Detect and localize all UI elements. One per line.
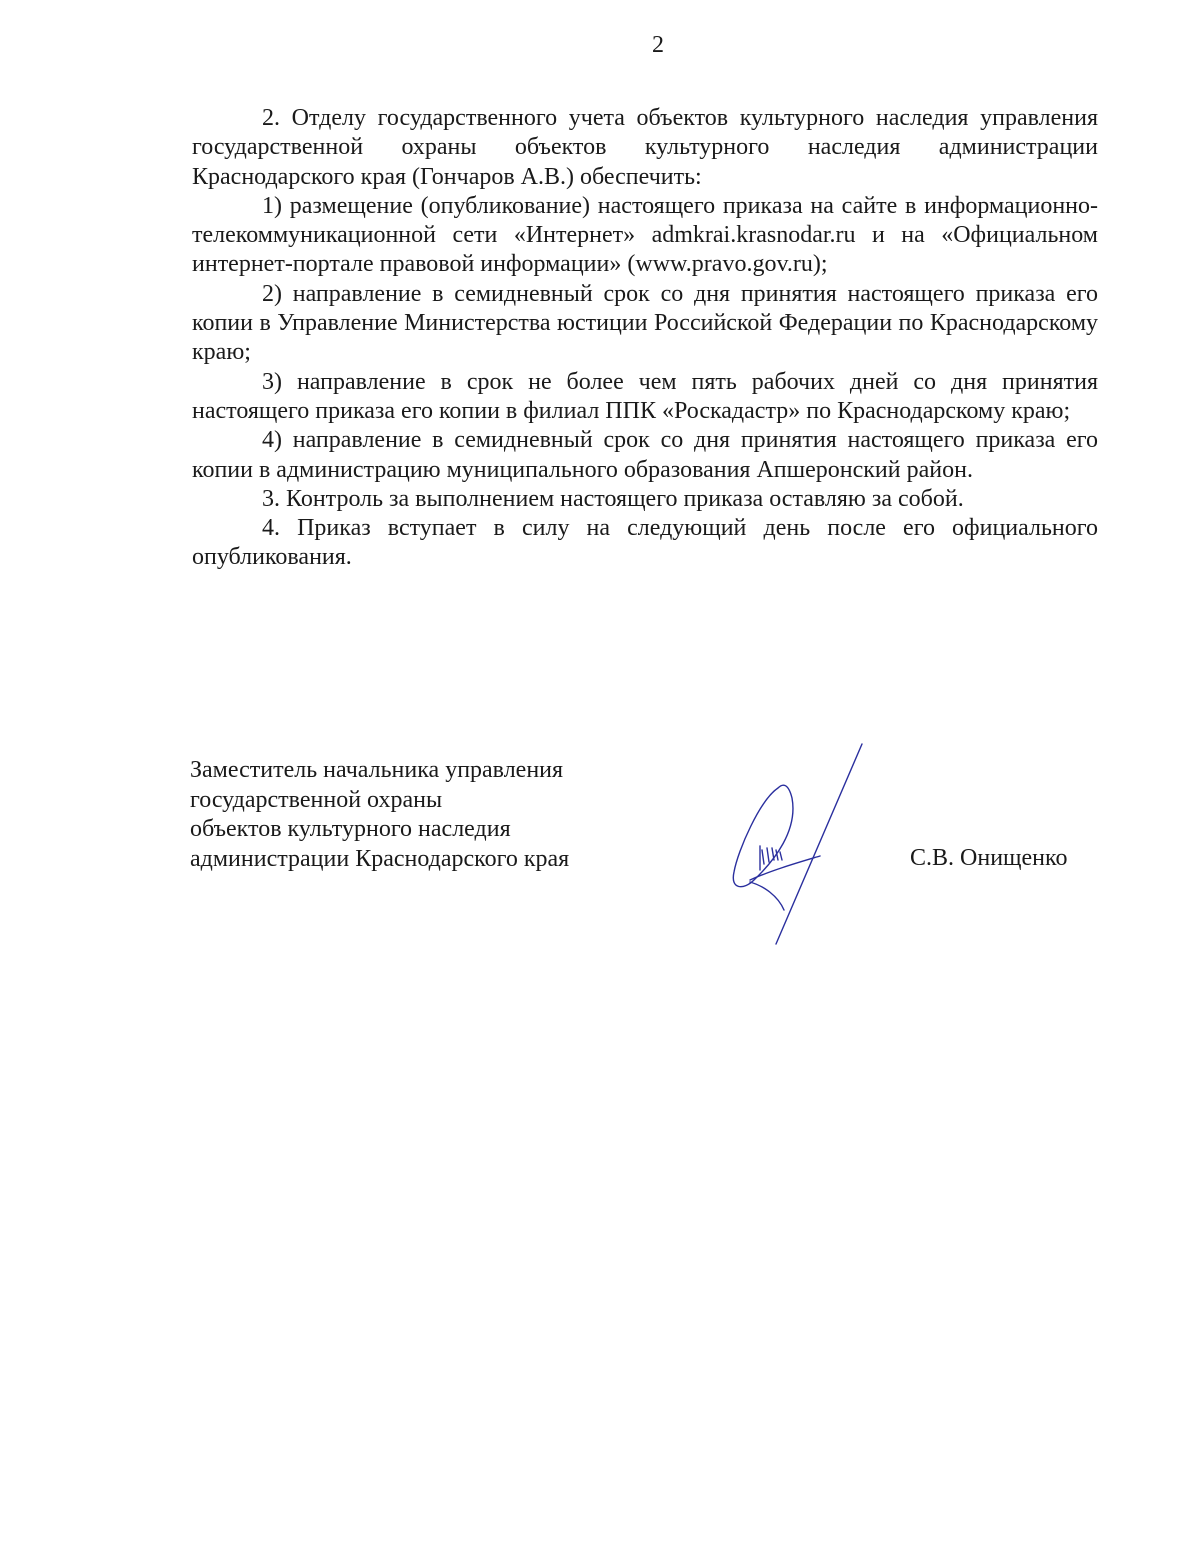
signer-position-line: государственной охраны bbox=[190, 786, 569, 816]
paragraph-item-4: 4. Приказ вступает в силу на следующий д… bbox=[192, 514, 1098, 573]
signer-position-line: объектов культурного наследия bbox=[190, 815, 569, 845]
page-number: 2 bbox=[0, 32, 1200, 59]
paragraph-subitem-4: 4) направление в семидневный срок со дня… bbox=[192, 426, 1098, 485]
signer-name: С.В. Онищенко bbox=[910, 845, 1067, 872]
document-body: 2. Отделу государственного учета объекто… bbox=[192, 104, 1098, 573]
paragraph-subitem-1: 1) размещение (опубликование) настоящего… bbox=[192, 192, 1098, 280]
paragraph-item-2: 2. Отделу государственного учета объекто… bbox=[192, 104, 1098, 192]
signer-position-line: Заместитель начальника управления bbox=[190, 756, 569, 786]
paragraph-subitem-2: 2) направление в семидневный срок со дня… bbox=[192, 280, 1098, 368]
handwritten-signature-icon bbox=[720, 740, 870, 950]
signer-position-line: администрации Краснодарского края bbox=[190, 845, 569, 875]
paragraph-subitem-3: 3) направление в срок не более чем пять … bbox=[192, 368, 1098, 427]
signer-position: Заместитель начальника управления госуда… bbox=[190, 756, 569, 874]
paragraph-item-3: 3. Контроль за выполнением настоящего пр… bbox=[192, 485, 1098, 514]
